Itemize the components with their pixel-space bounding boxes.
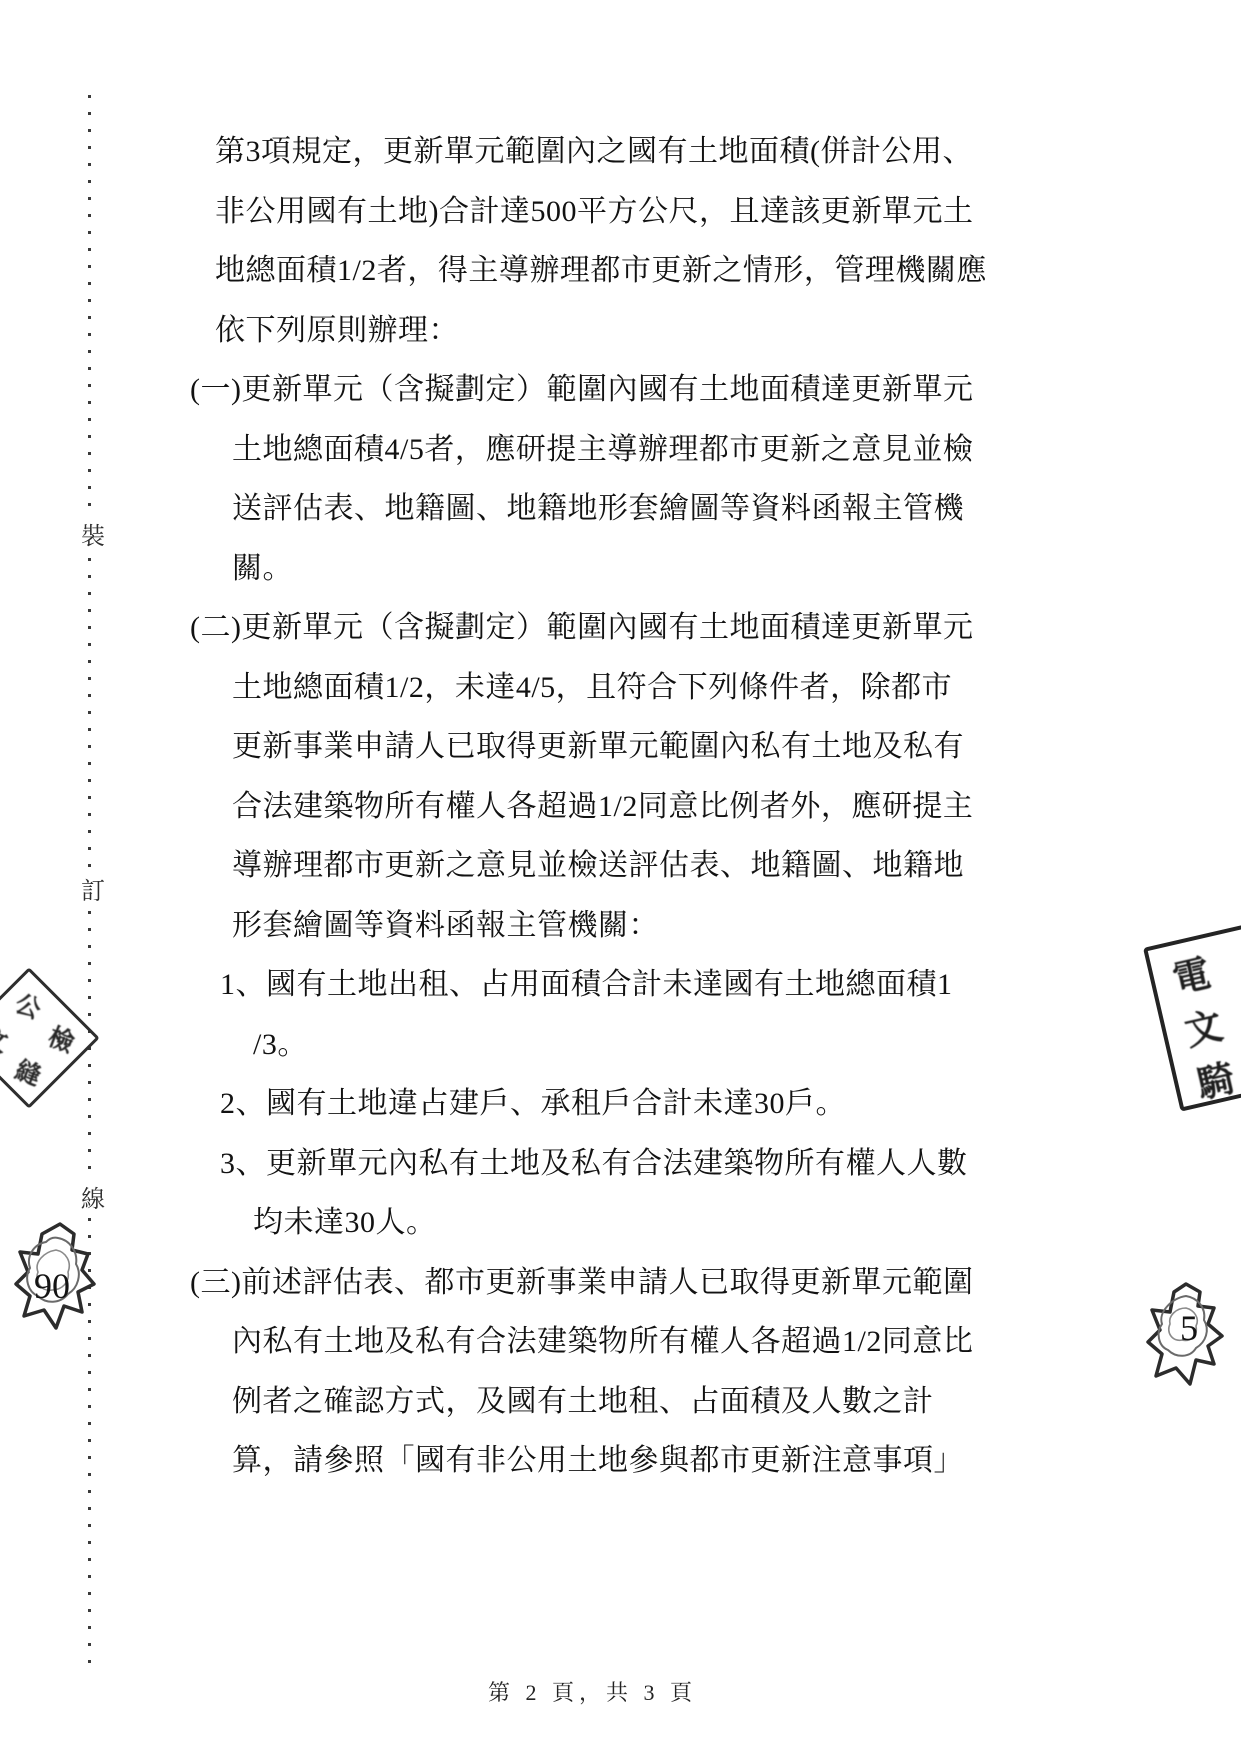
stamp-character: 縫 bbox=[11, 1050, 47, 1093]
text-line: 2、國有土地違占建戶、承租戶合計未達30戶。 bbox=[190, 1074, 1020, 1134]
electronic-exchange-seam-stamp: 電子文交騎縫 bbox=[1143, 914, 1241, 1112]
text-line: 地總面積1/2者，得主導辦理都市更新之情形，管理機關應 bbox=[190, 241, 1020, 301]
text-line: 土地總面積4/5者，應研提主導辦理都市更新之意見並檢 bbox=[190, 420, 1020, 480]
binding-mark-zhuang: 裝 bbox=[80, 524, 106, 550]
right-page-seal-5: 5 bbox=[1146, 1280, 1230, 1396]
document-body: 第3項規定，更新單元範圍內之國有土地面積(併計公用、非公用國有土地)合計達500… bbox=[190, 122, 1020, 1491]
text-line: 導辦理都市更新之意見並檢送評估表、地籍圖、地籍地 bbox=[190, 836, 1020, 896]
text-line: 第3項規定，更新單元範圍內之國有土地面積(併計公用、 bbox=[190, 122, 1020, 182]
left-page-seal-90: 90 bbox=[12, 1220, 108, 1332]
text-line: 例者之確認方式，及國有土地租、占面積及人數之計 bbox=[190, 1372, 1020, 1432]
binding-dotted-line-segment bbox=[88, 558, 91, 876]
stamp-character: 文 bbox=[1179, 995, 1227, 1056]
text-line: 更新事業申請人已取得更新單元範圍內私有土地及私有 bbox=[190, 717, 1020, 777]
text-line: (三)前述評估表、都市更新事業申請人已取得更新單元範圍 bbox=[190, 1253, 1020, 1313]
text-line: (一)更新單元（含擬劃定）範圍內國有土地面積達更新單元 bbox=[190, 360, 1020, 420]
text-line: 3、更新單元內私有土地及私有合法建築物所有權人人數 bbox=[190, 1134, 1020, 1194]
text-line: 非公用國有土地)合計達500平方公尺，且達該更新單元土 bbox=[190, 182, 1020, 242]
text-line: 關。 bbox=[190, 539, 1020, 599]
stamp-character: 檢 bbox=[44, 1017, 80, 1060]
text-line: 依下列原則辦理： bbox=[190, 301, 1020, 361]
binding-mark-xian: 線 bbox=[80, 1187, 106, 1213]
text-line: 算，請參照「國有非公用土地參與都市更新注意事項」 bbox=[190, 1431, 1020, 1491]
text-line: 送評估表、地籍圖、地籍地形套繪圖等資料函報主管機 bbox=[190, 479, 1020, 539]
text-line: 合法建築物所有權人各超過1/2同意比例者外，應研提主 bbox=[190, 777, 1020, 837]
binding-mark-ding: 訂 bbox=[80, 879, 106, 905]
stamp-character: 公 bbox=[11, 983, 47, 1026]
stamp-character: 文 bbox=[0, 1017, 14, 1060]
stamp-character: 電 bbox=[1167, 942, 1215, 1003]
document-page: 裝 訂 線 第3項規定，更新單元範圍內之國有土地面積(併計公用、非公用國有土地)… bbox=[0, 0, 1241, 1754]
left-seal-number: 90 bbox=[34, 1266, 70, 1306]
text-line: 均未達30人。 bbox=[190, 1193, 1020, 1253]
text-line: 1、國有土地出租、占用面積合計未達國有土地總面積1 bbox=[190, 955, 1020, 1015]
right-seal-number: 5 bbox=[1180, 1308, 1198, 1348]
page-number-footer: 第 2 頁，共 3 頁 bbox=[0, 1676, 1185, 1707]
text-line: 土地總面積1/2，未達4/5，且符合下列條件者，除都市 bbox=[190, 658, 1020, 718]
text-line: /3。 bbox=[190, 1015, 1020, 1075]
stamp-character: 騎 bbox=[1191, 1048, 1239, 1109]
stamp-character: 子 bbox=[1235, 927, 1241, 988]
binding-dotted-line-segment bbox=[88, 95, 91, 519]
text-line: 形套繪圖等資料函報主管機關： bbox=[190, 896, 1020, 956]
left-seam-stamp: 公檢文縫 bbox=[0, 967, 100, 1108]
text-line: (二)更新單元（含擬劃定）範圍內國有土地面積達更新單元 bbox=[190, 598, 1020, 658]
text-line: 內私有土地及私有合法建築物所有權人各超過1/2同意比 bbox=[190, 1312, 1020, 1372]
